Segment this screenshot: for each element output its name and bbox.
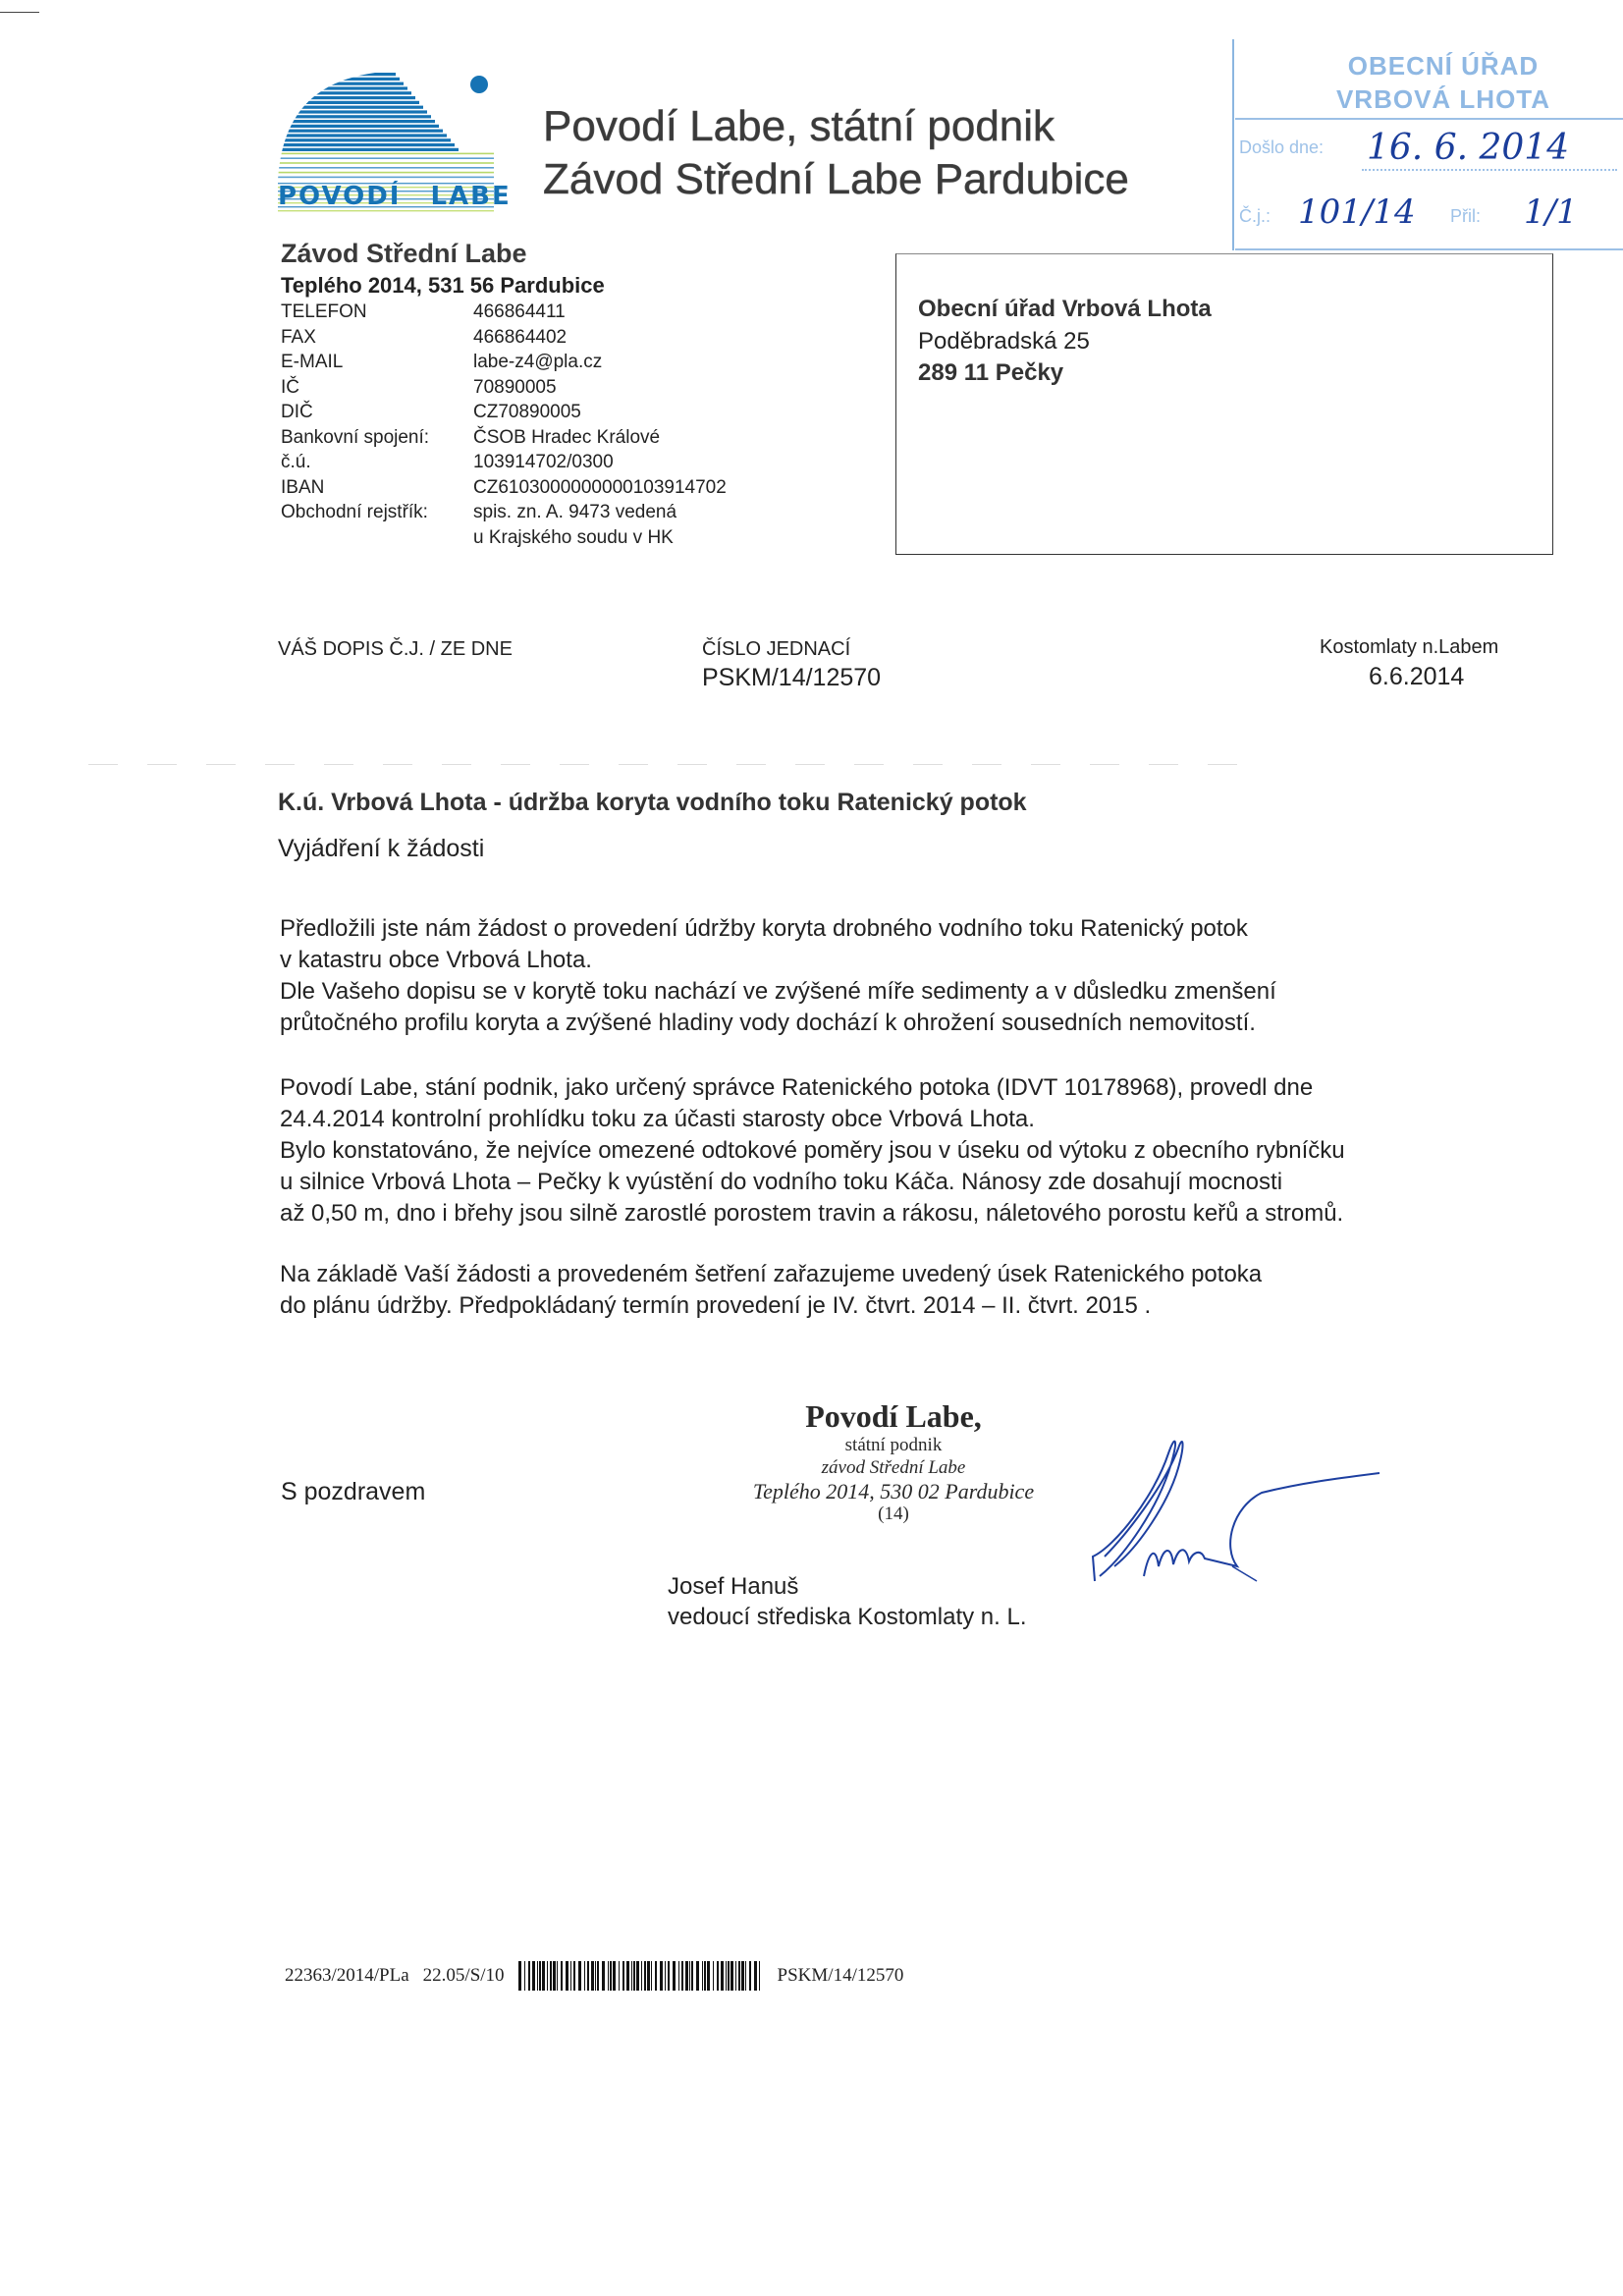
stamp-divider xyxy=(1235,248,1623,250)
stamp-border xyxy=(1232,39,1234,250)
paragraph-line: průtočného profilu koryta a zvýšené hlad… xyxy=(280,1008,1556,1039)
sender-contact-row: E-MAILlabe-z4@pla.cz xyxy=(281,350,727,375)
paragraph-line: až 0,50 m, dno i břehy jsou silně zarost… xyxy=(280,1198,1556,1230)
company-seal-stamp: Povodí Labe, státní podnik závod Střední… xyxy=(687,1397,1100,1525)
greeting: S pozdravem xyxy=(281,1478,425,1506)
sender-contact-label: Obchodní rejstřík: xyxy=(281,500,473,525)
paragraph-1: Předložili jste nám žádost o provedení ú… xyxy=(280,913,1556,1039)
sender-contact-row: DIČCZ70890005 xyxy=(281,400,727,425)
seal-line2: státní podnik xyxy=(687,1435,1100,1456)
sender-contact-row: u Krajského soudu v HK xyxy=(281,525,727,551)
your-letter-label: VÁŠ DOPIS Č.J. / ZE DNE xyxy=(278,638,513,661)
paragraph-line: 24.4.2014 kontrolní prohlídku toku za úč… xyxy=(280,1104,1556,1135)
sender-contact-value: ČSOB Hradec Králové xyxy=(473,425,660,451)
seal-line3: závod Střední Labe xyxy=(687,1456,1100,1479)
handwritten-signature-icon xyxy=(1085,1429,1389,1586)
sender-contact-value: CZ6103000000000103914702 xyxy=(473,475,727,501)
seal-line1: Povodí Labe, xyxy=(687,1397,1100,1435)
paragraph-line: u silnice Vrbová Lhota – Pečky k vyústěn… xyxy=(280,1167,1556,1198)
stamp-received-row: Došlo dne: 16. 6. 2014 xyxy=(1239,137,1324,158)
stamp-attach-value: 1/1 xyxy=(1524,192,1578,232)
sender-contact-value: spis. zn. A. 9473 vedená xyxy=(473,500,676,525)
sender-contact-value: 466864402 xyxy=(473,325,567,351)
paragraph-line: do plánu údržby. Předpokládaný termín pr… xyxy=(280,1290,1556,1322)
recipient-street: Poděbradská 25 xyxy=(918,328,1090,355)
stamp-received-label: Došlo dne: xyxy=(1239,137,1324,157)
stamp-attach-label: Přil: xyxy=(1450,206,1481,227)
sender-contact-label: E-MAIL xyxy=(281,350,473,375)
recipient-city: 289 11 Pečky xyxy=(918,359,1063,387)
footer-file-code: 22.05/S/10 xyxy=(423,1965,505,1987)
stamp-ref-value: 101/14 xyxy=(1298,192,1416,232)
ref-number-value: PSKM/14/12570 xyxy=(702,664,881,692)
letter-place: Kostomlaty n.Labem xyxy=(1320,636,1498,659)
recipient-address-box: Obecní úřad Vrbová Lhota Poděbradská 25 … xyxy=(895,253,1553,555)
sender-contact-label: č.ú. xyxy=(281,450,473,475)
scan-edge-line xyxy=(0,12,39,13)
letter-subject: K.ú. Vrbová Lhota - údržba koryta vodníh… xyxy=(278,789,1027,817)
signer-name: Josef Hanuš xyxy=(668,1571,1027,1602)
paragraph-3: Na základě Vaší žádosti a provedeném šet… xyxy=(280,1259,1556,1322)
sender-contact-value: labe-z4@pla.cz xyxy=(473,350,602,375)
document-footer: 22363/2014/PLa 22.05/S/10 PSKM/14/12570 xyxy=(285,1961,903,1991)
paragraph-line: Na základě Vaší žádosti a provedeném šet… xyxy=(280,1259,1556,1290)
ref-number-label: ČÍSLO JEDNACÍ xyxy=(702,638,850,661)
seal-line4: Teplého 2014, 530 02 Pardubice xyxy=(687,1479,1100,1503)
letter-subtitle: Vyjádření k žádosti xyxy=(278,835,484,863)
sender-contact-value: 466864411 xyxy=(473,300,566,325)
logo-wordmark: POVODÍLABE xyxy=(278,182,512,211)
sender-contact-label xyxy=(281,525,473,551)
stamp-office-line1: OBECNÍ ÚŘAD xyxy=(1276,49,1610,82)
sender-contact-label: IČ xyxy=(281,375,473,401)
stamp-received-date: 16. 6. 2014 xyxy=(1367,128,1569,168)
footer-ref-number: PSKM/14/12570 xyxy=(778,1965,904,1987)
sender-contact-row: TELEFON466864411 xyxy=(281,300,727,325)
paragraph-line: Povodí Labe, stání podnik, jako určený s… xyxy=(280,1072,1556,1104)
paragraph-line: Dle Vašeho dopisu se v korytě toku nachá… xyxy=(280,976,1556,1008)
paragraph-line: v katastru obce Vrbová Lhota. xyxy=(280,945,1556,976)
sender-contact-value: u Krajského soudu v HK xyxy=(473,525,674,551)
sender-name: Závod Střední Labe xyxy=(281,239,527,269)
sender-contact-row: FAX466864402 xyxy=(281,325,727,351)
sender-contact-value: CZ70890005 xyxy=(473,400,581,425)
stamp-divider xyxy=(1235,118,1623,120)
separator xyxy=(88,764,1267,765)
logo-word-povodi: POVODÍ xyxy=(278,182,401,211)
sender-contact-row: Obchodní rejstřík:spis. zn. A. 9473 vede… xyxy=(281,500,727,525)
paragraph-line: Předložili jste nám žádost o provedení ú… xyxy=(280,913,1556,945)
sender-contact-table: TELEFON466864411FAX466864402E-MAILlabe-z… xyxy=(281,300,727,550)
sender-contact-label: Bankovní spojení: xyxy=(281,425,473,451)
paragraph-2: Povodí Labe, stání podnik, jako určený s… xyxy=(280,1072,1556,1230)
barcode-icon xyxy=(518,1961,764,1991)
sender-contact-row: IČ70890005 xyxy=(281,375,727,401)
seal-line5: (14) xyxy=(687,1503,1100,1525)
stamp-office-line2: VRBOVÁ LHOTA xyxy=(1276,82,1610,116)
signer-position: vedoucí střediska Kostomlaty n. L. xyxy=(668,1602,1027,1632)
sender-address: Teplého 2014, 531 56 Pardubice xyxy=(281,273,605,299)
recipient-name: Obecní úřad Vrbová Lhota xyxy=(918,296,1212,323)
paragraph-line: Bylo konstatováno, že nejvíce omezené od… xyxy=(280,1135,1556,1167)
sender-contact-row: IBANCZ6103000000000103914702 xyxy=(281,475,727,501)
sender-contact-label: DIČ xyxy=(281,400,473,425)
footer-doc-id: 22363/2014/PLa xyxy=(285,1965,409,1987)
sender-contact-label: IBAN xyxy=(281,475,473,501)
letterhead-title-line1: Povodí Labe, státní podnik xyxy=(543,100,1129,153)
sender-contact-row: č.ú.103914702/0300 xyxy=(281,450,727,475)
sender-contact-value: 103914702/0300 xyxy=(473,450,614,475)
signer-block: Josef Hanuš vedoucí střediska Kostomlaty… xyxy=(668,1571,1027,1632)
received-stamp-office: OBECNÍ ÚŘAD VRBOVÁ LHOTA xyxy=(1276,49,1610,116)
sender-contact-row: Bankovní spojení:ČSOB Hradec Králové xyxy=(281,425,727,451)
stamp-ref-row: Č.j.: 101/14 Přil: 1/1 xyxy=(1239,206,1271,227)
letter-date: 6.6.2014 xyxy=(1369,663,1464,691)
sender-contact-label: TELEFON xyxy=(281,300,473,325)
sender-contact-value: 70890005 xyxy=(473,375,557,401)
letterhead-title: Povodí Labe, státní podnik Závod Střední… xyxy=(543,100,1129,206)
stamp-ref-label: Č.j.: xyxy=(1239,206,1271,226)
sender-contact-label: FAX xyxy=(281,325,473,351)
logo-word-labe: LABE xyxy=(430,182,511,211)
letterhead-title-line2: Závod Střední Labe Pardubice xyxy=(543,153,1129,206)
